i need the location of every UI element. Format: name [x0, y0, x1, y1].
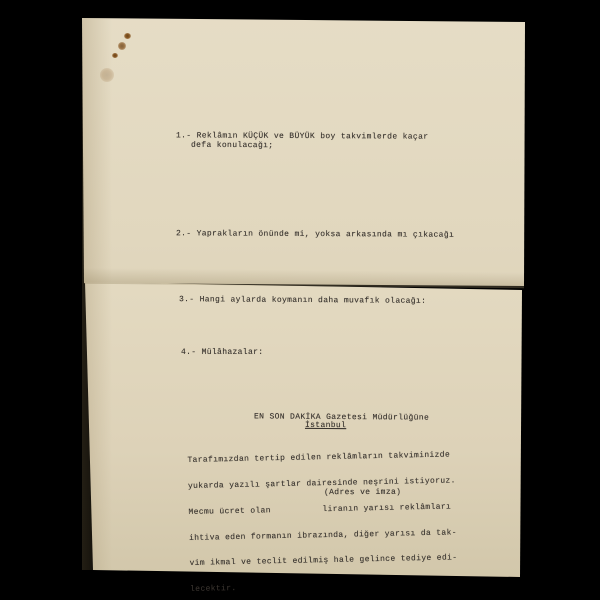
body-line: yukarda yazılı şartlar dairesinde neşrin… — [188, 477, 456, 491]
question-3: 3.- Hangi aylarda koymanın daha muvafık … — [179, 295, 426, 306]
signature-placeholder: (Adres ve imza) — [324, 488, 401, 497]
body-line: lecektir. — [190, 580, 458, 594]
body-line: vim ikmal ve teclit edilmiş hale gelince… — [190, 555, 458, 569]
addressee-city: İstanbul — [305, 421, 346, 430]
question-1-continuation: defa konulacağı; — [191, 141, 273, 150]
rust-stain — [124, 33, 131, 39]
body-paragraph: Tarafımızdan tertip edilen reklâmların t… — [187, 434, 458, 600]
rust-stain — [112, 53, 118, 58]
body-line: Tarafımızdan tertip edilen reklâmların t… — [187, 452, 455, 466]
body-line: Mecmu ücret olan liranın yarısı reklâmla… — [188, 503, 456, 517]
foxing-stain — [100, 68, 114, 82]
body-line: ihtiva eden formanın ibrazında, diğer ya… — [189, 529, 457, 543]
question-2: 2.- Yaprakların önünde mi, yoksa arkasın… — [176, 229, 454, 239]
question-4: 4.- Mülâhazalar: — [181, 348, 263, 357]
rust-stain — [118, 42, 126, 50]
